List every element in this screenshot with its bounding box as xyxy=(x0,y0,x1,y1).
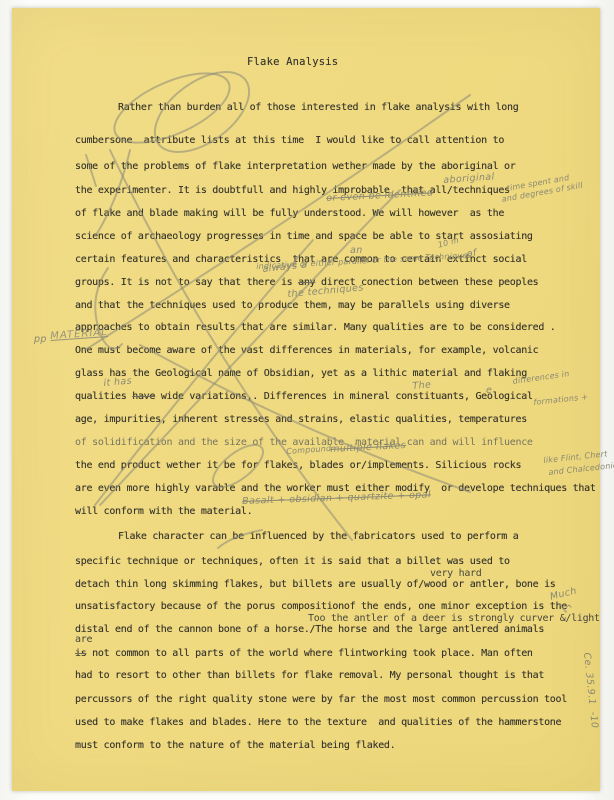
document-page: Flake AnalysisRather than burden all of … xyxy=(12,8,600,791)
handwritten-note: e xyxy=(486,385,492,396)
typed-line: used to make flakes and blades. Here to … xyxy=(75,717,561,728)
document-title: Flake Analysis xyxy=(247,56,338,68)
typed-line: some of the problems of flake interpreta… xyxy=(75,161,515,172)
typed-insertion: Too the antler of a deer is strongly cur… xyxy=(308,613,600,624)
handwritten-note: Ce. 35.9.1 -10 xyxy=(581,652,600,729)
typed-line: age, impurities, inherent stresses and s… xyxy=(75,414,527,425)
handwritten-note: aboriginal xyxy=(443,171,495,186)
struck-word: is xyxy=(75,648,86,659)
typed-line: is not common to all parts of the world … xyxy=(75,648,533,659)
typed-line: and that the techniques used to produce … xyxy=(75,300,510,311)
handwritten-note: Compound xyxy=(286,444,332,456)
typed-line: One must become aware of the vast differ… xyxy=(75,345,538,356)
handwritten-note: MATERIAL xyxy=(50,327,108,342)
handwritten-note: it has xyxy=(103,376,132,389)
typed-line: cumbersone attribute lists at this time … xyxy=(75,135,504,146)
typed-line: unsatisfactory because of the porus comp… xyxy=(75,601,567,612)
typed-line: must conform to the nature of the materi… xyxy=(75,740,395,751)
typed-line: approaches to obtain results that are si… xyxy=(75,322,556,333)
struck-word: have xyxy=(132,391,155,402)
typed-line: glass has the Geological name of Obsidia… xyxy=(75,368,527,379)
typed-insertion: very hard xyxy=(430,568,482,579)
typed-line: Rather than burden all of those interest… xyxy=(118,102,518,113)
typed-line: qualities have wide variations,. Differe… xyxy=(75,391,533,402)
typed-line: the end product wether it be for flakes,… xyxy=(75,460,521,471)
handwritten-note: pp xyxy=(34,334,47,345)
typed-line: distal end of the cannon bone of a horse… xyxy=(75,624,544,635)
typed-line: Flake character can be influenced by the… xyxy=(118,531,518,542)
handwritten-note: an xyxy=(350,245,363,256)
typed-line: specific technique or techniques, often … xyxy=(75,556,510,567)
typed-line: will conform with the material. xyxy=(75,506,252,517)
typed-insertion: are xyxy=(75,634,92,645)
typed-line: of flake and blade making will be fully … xyxy=(75,208,504,219)
typed-line: detach thin long skimming flakes, but bi… xyxy=(75,579,556,590)
typed-line: had to resort to other than billets for … xyxy=(75,670,544,681)
typed-line: science of archaeology progresses in tim… xyxy=(75,231,533,242)
typed-line: the experimenter. It is doubtfull and hi… xyxy=(75,185,510,196)
typed-line: percussors of the right quality stone we… xyxy=(75,694,567,705)
handwritten-note: The xyxy=(412,379,432,392)
handwritten-note: formations + xyxy=(533,392,588,407)
